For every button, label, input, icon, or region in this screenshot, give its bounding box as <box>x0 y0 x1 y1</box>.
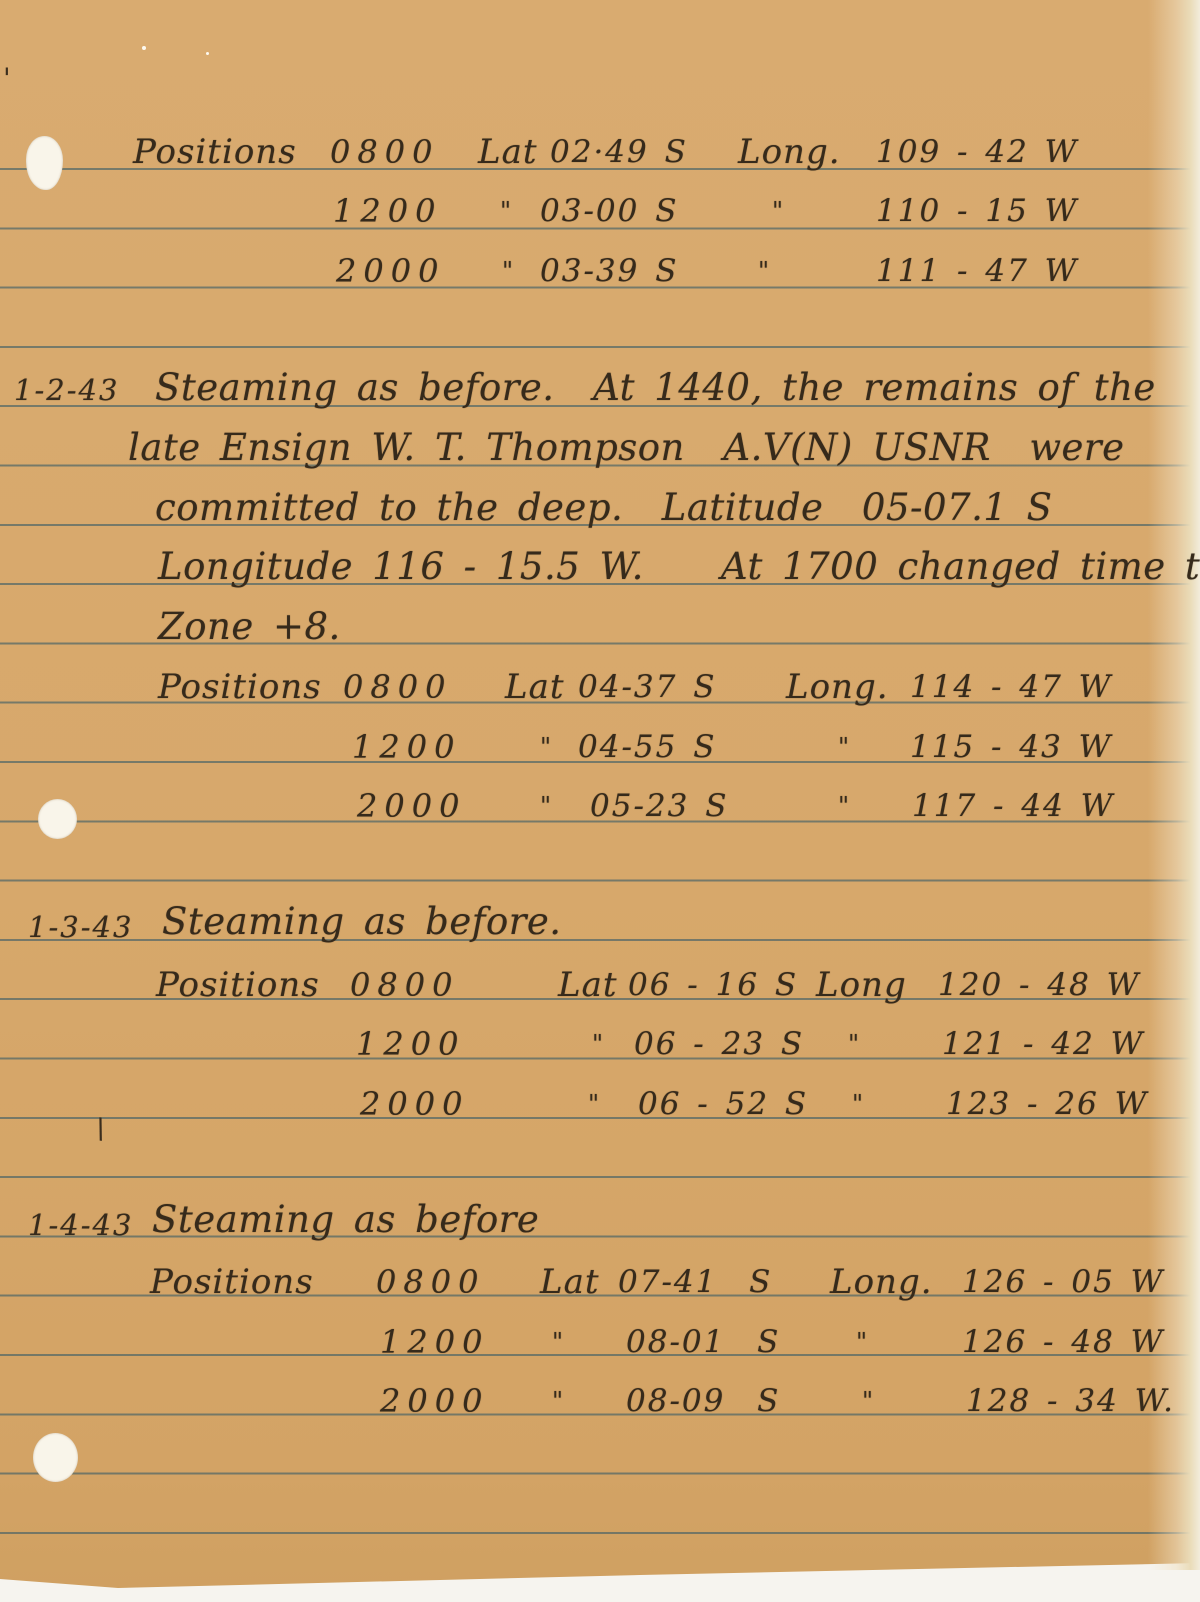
long-value: 126 - 48 W <box>962 1320 1165 1364</box>
lat-ditto-mark: " <box>540 725 553 769</box>
lat-value: 06 - 16 S <box>628 963 798 1007</box>
position-row: 2000 " 03-39 S " 111 - 47 W <box>0 249 1200 297</box>
lat-value: 03-39 S <box>540 249 678 293</box>
lat-label: Lat <box>540 1260 600 1304</box>
long-label: Long. <box>786 665 889 709</box>
position-row: Positions 0800 Lat 06 - 16 S Long 120 - … <box>0 963 1200 1011</box>
lat-value: 08-09 S <box>626 1379 780 1423</box>
position-row: 2000 " 06 - 52 S " 123 - 26 W <box>0 1082 1200 1130</box>
long-ditto-mark: " <box>838 725 851 769</box>
long-label: Long. <box>830 1260 933 1304</box>
lat-value: 06 - 23 S <box>634 1022 804 1066</box>
narrative-line: late Ensign W. T. Thompson A.V(N) USNR w… <box>128 424 1125 472</box>
position-row: 1200 " 04-55 S " 115 - 43 W <box>0 725 1200 773</box>
position-row: 1200 " 06 - 23 S " 121 - 42 W <box>0 1022 1200 1070</box>
long-value: 126 - 05 W <box>962 1260 1165 1304</box>
long-ditto-mark: " <box>856 1320 869 1364</box>
time-value: 0800 <box>376 1260 485 1304</box>
lat-ditto-mark: " <box>552 1320 565 1364</box>
time-value: 0800 <box>330 130 439 174</box>
long-ditto-mark: " <box>862 1379 875 1423</box>
time-value: 2000 <box>360 1082 469 1126</box>
lat-ditto-mark: " <box>588 1082 601 1126</box>
long-value: 109 - 42 W <box>876 130 1079 174</box>
time-value: 1200 <box>333 189 442 233</box>
lat-value: 05-23 S <box>590 784 728 828</box>
position-row: 2000 " 05-23 S " 117 - 44 W <box>0 784 1200 832</box>
lat-value: 03-00 S <box>540 189 678 233</box>
time-value: 1200 <box>356 1022 465 1066</box>
lat-ditto-mark: " <box>540 784 553 828</box>
long-ditto-mark: " <box>848 1022 861 1066</box>
long-value: 115 - 43 W <box>910 725 1113 769</box>
position-row: Positions 0800 Lat 04-37 S Long. 114 - 4… <box>0 665 1200 713</box>
lat-value: 08-01 S <box>626 1320 780 1364</box>
long-ditto-mark: " <box>852 1082 865 1126</box>
long-value: 111 - 47 W <box>876 249 1079 293</box>
narrative-line: committed to the deep. Latitude 05-07.1 … <box>155 484 1053 532</box>
paper-speck <box>142 46 146 50</box>
positions-label: Positions <box>158 665 322 709</box>
time-value: 2000 <box>336 249 445 293</box>
long-value: 110 - 15 W <box>876 189 1079 233</box>
position-row: 1200 " 08-01 S " 126 - 48 W <box>0 1320 1200 1368</box>
entry-date: 1-2-43 <box>14 368 119 412</box>
entry-date: 1-4-43 <box>28 1203 133 1247</box>
narrative-line: Steaming as before <box>152 1196 539 1244</box>
positions-label: Positions <box>150 1260 314 1304</box>
position-row: Positions 0800 Lat 07-41 S Long. 126 - 0… <box>0 1260 1200 1308</box>
time-value: 2000 <box>380 1379 489 1423</box>
long-value: 121 - 42 W <box>942 1022 1145 1066</box>
narrative-line: Zone +8. <box>158 603 341 651</box>
lat-ditto-mark: " <box>552 1379 565 1423</box>
long-value: 128 - 34 W. <box>966 1379 1175 1423</box>
position-row: 1200 " 03-00 S " 110 - 15 W <box>0 189 1200 237</box>
lat-value: 06 - 52 S <box>638 1082 808 1126</box>
lat-label: Lat <box>505 665 565 709</box>
lat-value: 04-55 S <box>578 725 716 769</box>
position-row: 2000 " 08-09 S " 128 - 34 W. <box>0 1379 1200 1427</box>
narrative-line: Steaming as before. At 1440, the remains… <box>155 364 1156 412</box>
position-row: Positions 0800 Lat 02·49 S Long. 109 - 4… <box>0 130 1200 178</box>
long-ditto-mark: " <box>758 249 771 293</box>
lat-value: 02·49 S <box>550 130 688 174</box>
long-value: 117 - 44 W <box>912 784 1115 828</box>
narrative-line: Longitude 116 - 15.5 W. At 1700 changed … <box>158 543 1200 591</box>
lat-label: Lat <box>478 130 538 174</box>
long-value: 114 - 47 W <box>910 665 1113 709</box>
lat-value: 07-41 S <box>618 1260 772 1304</box>
long-ditto-mark: " <box>838 784 851 828</box>
time-value: 1200 <box>352 725 461 769</box>
lat-value: 04-37 S <box>578 665 716 709</box>
punch-hole-bottom <box>33 1433 78 1482</box>
lat-ditto-mark: " <box>502 249 515 293</box>
lat-ditto-mark: " <box>592 1022 605 1066</box>
time-value: 0800 <box>350 963 459 1007</box>
time-value: 1200 <box>380 1320 489 1364</box>
scanned-log-page: ' \ Positions 0800 Lat 02·49 S Long. 109… <box>0 0 1200 1602</box>
lat-label: Lat <box>558 963 618 1007</box>
time-value: 0800 <box>343 665 452 709</box>
positions-label: Positions <box>156 963 320 1007</box>
long-ditto-mark: " <box>772 189 785 233</box>
lat-ditto-mark: " <box>500 189 513 233</box>
stray-ink-tick: ' <box>3 62 11 95</box>
long-label: Long. <box>738 130 841 174</box>
long-value: 123 - 26 W <box>946 1082 1149 1126</box>
narrative-line: Steaming as before. <box>162 898 562 946</box>
paper-speck <box>206 52 209 55</box>
long-label: Long <box>816 963 907 1007</box>
positions-label: Positions <box>133 130 297 174</box>
time-value: 2000 <box>357 784 466 828</box>
entry-date: 1-3-43 <box>28 905 133 949</box>
long-value: 120 - 48 W <box>938 963 1141 1007</box>
